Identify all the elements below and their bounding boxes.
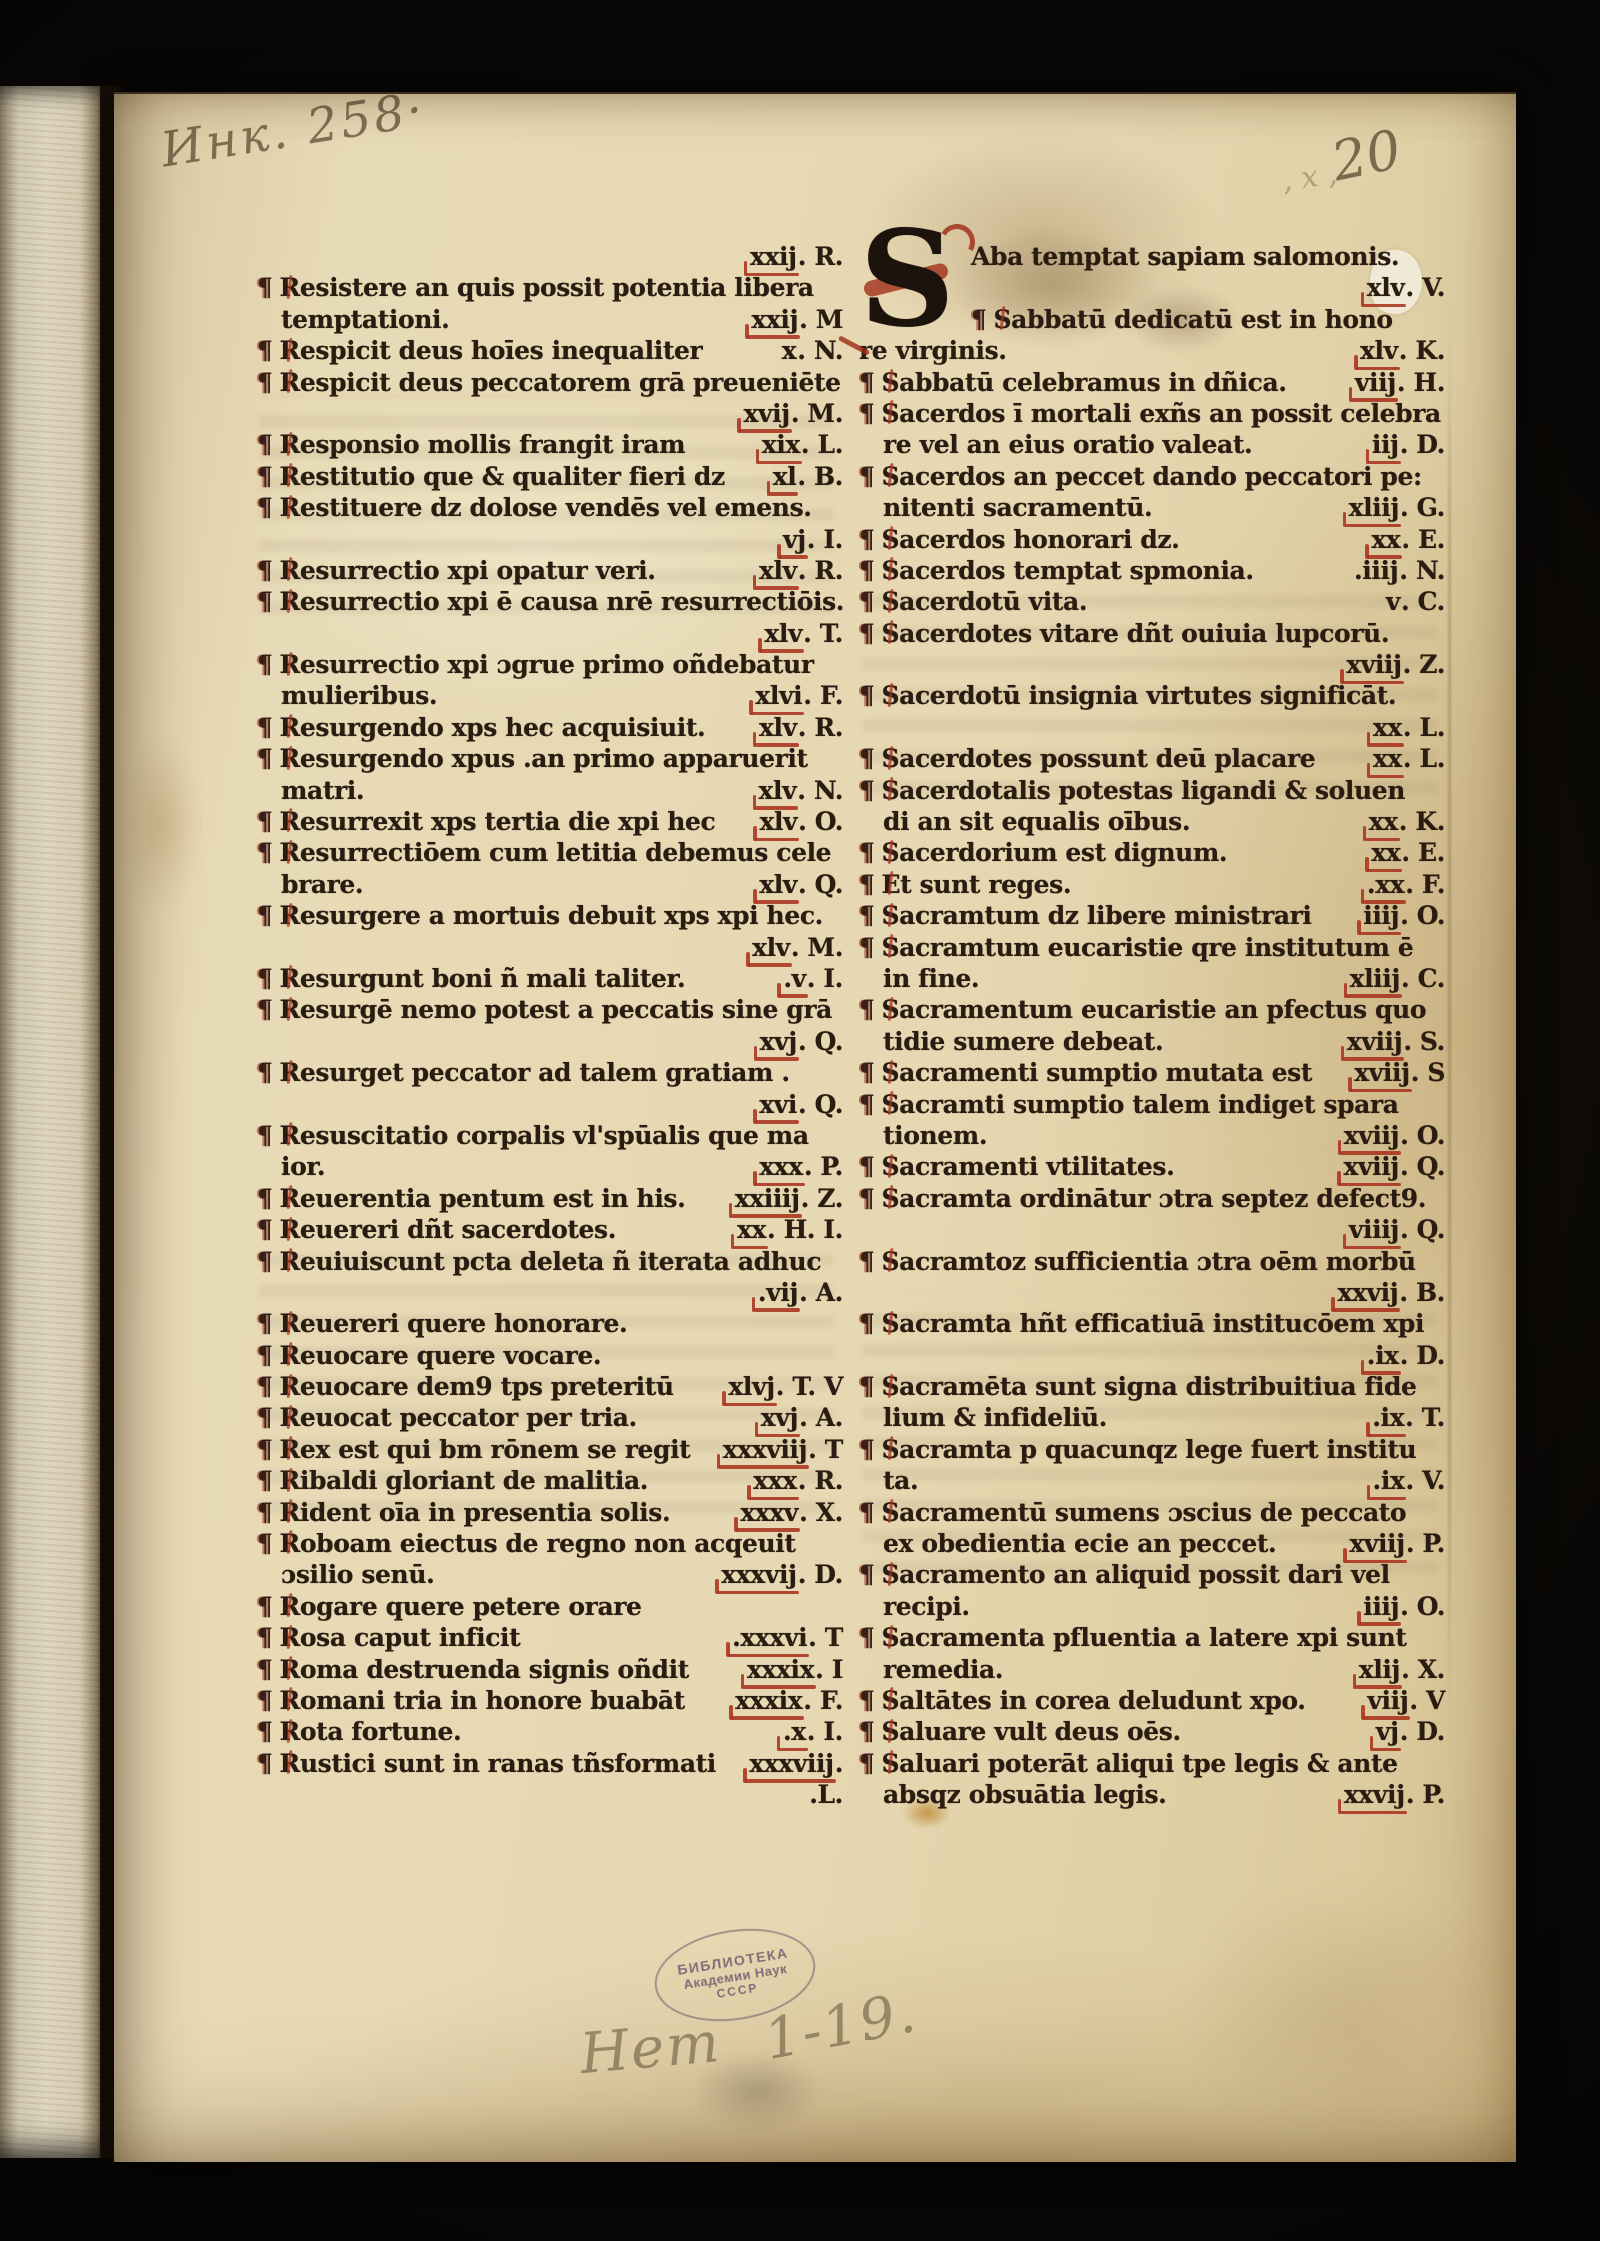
folio-reference: vj. I. [774,525,843,554]
pilcrow-mark: ¶ [859,619,875,648]
folio-reference: xvi. Q. [750,1090,843,1119]
index-column-left: xxij. R.¶Resistere an quis possit potent… [257,242,843,1812]
index-entry-line: ¶Reuiuiscunt pcta deleta ñ iterata adhuc [257,1247,843,1278]
pilcrow-mark: ¶ [859,1090,875,1119]
rubricated-capital: R [280,1686,300,1715]
entry-text: ¶Sacramēta sunt signa distribuitiua fide [859,1372,1417,1401]
pilcrow-mark: ¶ [257,650,273,679]
rubricated-capital: R [280,1184,300,1213]
folio-reference: .x. I. [774,1717,843,1746]
folio-reference: xxij. M [742,305,843,334]
rubricated-capital: S [882,1749,900,1778]
folio-reference: xl. B. [764,462,843,491]
entry-text: ¶Roboam eiectus de regno non acqeuit [257,1529,796,1558]
rubricated-capital: R [280,713,300,742]
folio-reference: .iiij. N. [1345,556,1445,585]
index-entry-line: ¶Reuerentia pentum est in his.xxiiij. Z. [257,1184,843,1215]
folio-reference-line: viiij. Q. [859,1215,1445,1246]
index-entry-line: ¶Sabbatū celebramus in dñica.viij. H. [859,368,1445,399]
index-entry-line: ¶Sacramta hñt efficatiuā institucōem xpi [859,1309,1445,1340]
index-entry-line: in fine.xliij. C. [859,964,1445,995]
entry-text: ¶Sacerdos temptat spmonia. [859,556,1254,585]
entry-text: ¶Sacramti sumptio talem indiget spara [859,1090,1399,1119]
rubricated-capital: S [882,587,900,616]
rubricated-capital: S [882,1309,900,1338]
entry-text: tionem. [883,1121,987,1150]
pilcrow-mark: ¶ [257,493,273,522]
index-entry-line: Aba temptat sapiam salomonis. [971,242,1445,273]
folio-reference: iiij. O. [1354,901,1445,930]
index-entry-line: ¶Sacerdos honorari dz.xx. E. [859,525,1445,556]
entry-text: ¶Reuocat peccator per tria. [257,1403,637,1432]
rubricated-capital: R [280,1655,300,1684]
rubricated-capital: R [280,1247,300,1276]
folio-reference: xlv. R. [750,556,843,585]
pilcrow-mark: ¶ [257,556,273,585]
entry-text: ¶Sacramentum eucaristie an pfectus quo [859,995,1426,1024]
index-entry-line: ¶Resurgere a mortuis debuit xps xpi hec. [257,901,843,932]
entry-text: absqz obsuātia legis. [883,1780,1166,1809]
rubricated-capital: R [280,368,300,397]
folio-reference: xxxv. X. [731,1498,843,1527]
pilcrow-mark: ¶ [859,744,875,773]
entry-text: ¶Reuocare quere vocare. [257,1341,601,1370]
pilcrow-mark: ¶ [257,462,273,491]
index-entry-line: re vel an eius oratio valeat.iij. D. [859,430,1445,461]
index-entry-line: ¶Reuereri quere honorare. [257,1309,843,1340]
rubricated-capital: S [882,1247,900,1276]
rubricated-capital: R [280,1592,300,1621]
pilcrow-mark: ¶ [257,1592,273,1621]
folio-reference: xviij. Z. [1337,650,1445,679]
folio-reference: xx. K. [1360,807,1445,836]
index-entry-line: ¶Sacramento an aliquid possit dari vel [859,1560,1445,1591]
entry-text: ¶Reuocare dem9 tps preteritū [257,1372,674,1401]
folio-reference: xlv. R. [750,713,843,742]
index-entry-line: di an sit equalis oībus.xx. K. [859,807,1445,838]
pilcrow-mark: ¶ [859,399,875,428]
pilcrow-mark: ¶ [257,713,273,742]
entry-text: lium & infideliū. [883,1403,1107,1432]
pilcrow-mark: ¶ [257,1058,273,1087]
index-entry-line: ¶Rota fortune..x. I. [257,1717,843,1748]
rubricated-capital: S [882,1058,900,1087]
folio-reference: viiij. Q. [1340,1215,1445,1244]
folio-reference: xx. E. [1362,838,1445,867]
folio-reference-line: vj. I. [257,525,843,556]
pilcrow-mark: ¶ [859,1372,875,1401]
index-entry-line: ¶Sacerdotū vita.v. C. [859,587,1445,618]
index-entry-line: ¶Respicit deus peccatorem grā preueniēte [257,368,843,399]
index-entry-line: ¶Restituere dz dolose vendēs vel emens. [257,493,843,524]
entry-text: matri. [281,776,364,805]
entry-text: ¶Reuerentia pentum est in his. [257,1184,685,1213]
entry-text: ¶Resurget peccator ad talem gratiam . [257,1058,790,1087]
entry-text: ¶Sacerdotes possunt deū placare [859,744,1315,773]
folio-reference: .ix. V. [1364,1466,1445,1495]
entry-text: brare. [281,870,363,899]
pilcrow-mark: ¶ [257,1215,273,1244]
rubricated-capital: R [280,964,300,993]
index-entry-line: ¶Sacerdorium est dignum.xx. E. [859,838,1445,869]
rubricated-capital: R [280,493,300,522]
index-entry-line: recipi.iiij. O. [859,1592,1445,1623]
entry-text: recipi. [883,1592,970,1621]
folio-reference: xliij. G. [1340,493,1445,522]
rubricated-capital: S [882,933,900,962]
entry-text: ¶Romani tria in honore buabāt [257,1686,685,1715]
index-entry-line: ¶Responsio mollis frangit iramxix. L. [257,430,843,461]
index-entry-line: ¶Rogare quere petere orare [257,1592,843,1623]
index-entry-line: ¶Sacerdos ī mortali exñs an possit celeb… [859,399,1445,430]
rubricated-capital: R [280,901,300,930]
folio-reference: vj. D. [1367,1717,1445,1746]
rubricated-capital: E [882,870,901,899]
folio-reference: v. C. [1377,587,1445,616]
index-entry-line: ¶Rosa caput inficit.xxxvi. T [257,1623,843,1654]
entry-text: ¶Resurgere a mortuis debuit xps xpi hec. [257,901,823,930]
entry-text: ¶Rosa caput inficit [257,1623,520,1652]
pilcrow-mark: ¶ [257,1655,273,1684]
crease-line [1448,294,1451,1774]
folio-reference-line: xvj. Q. [257,1027,843,1058]
index-entry-line: ¶Sacramentum eucaristie an pfectus quo [859,995,1445,1026]
entry-text: ¶Ribaldi gloriant de malitia. [257,1466,648,1495]
entry-text: ¶Saluare vult deus oēs. [859,1717,1181,1746]
rubricated-capital: S [882,681,900,710]
entry-text: ¶Roma destruenda signis oñdit [257,1655,689,1684]
entry-text: ¶Rident oīa in presentia solis. [257,1498,670,1527]
rubricated-capital: R [280,462,300,491]
rubricated-capital: R [280,336,300,365]
pilcrow-mark: ¶ [257,1184,273,1213]
rubricated-capital: S [882,1372,900,1401]
entry-text: ¶Resuscitatio corpalis vl'spūalis que ma [257,1121,809,1150]
index-entry-line: lium & infideliū..ix. T. [859,1403,1445,1434]
folio-reference-line: xlv. M. [257,933,843,964]
index-entry-line: ¶Resurgunt boni ñ mali taliter..v. I. [257,964,843,995]
index-entry-line: ¶Resurgendo xps hec acquisiuit.xlv. R. [257,713,843,744]
folio-reference: xlv. T. [755,619,843,648]
decorated-initial-s: S [853,232,961,338]
folio-reference-line: xvij. M. [257,399,843,430]
rubricated-capital: R [280,1498,300,1527]
pilcrow-mark: ¶ [859,1184,875,1213]
folio-reference: xviij. S [1345,1058,1445,1087]
rubricated-capital: S [882,525,900,554]
index-entry-line: ¶Rustici sunt in ranas tñsformatixxxviij… [257,1749,843,1780]
rubricated-capital: S [882,1435,900,1464]
folio-reference: .xx. F. [1358,870,1445,899]
index-entry-line: ¶Resistere an quis possit potentia liber… [257,273,843,304]
pilcrow-mark: ¶ [257,807,273,836]
folio-reference: xxxviij. T [714,1435,843,1464]
folio-reference: xix. L. [753,430,843,459]
index-entry-line: ¶Resuscitatio corpalis vl'spūalis que ma [257,1121,843,1152]
pilcrow-mark: ¶ [257,744,273,773]
pilcrow-mark: ¶ [859,1623,875,1652]
rubricated-capital: S [882,1686,900,1715]
folio-reference: iiij. O. [1354,1592,1445,1621]
entry-text: tidie sumere debeat. [883,1027,1163,1056]
rubricated-capital: S [882,1623,900,1652]
facing-leaf-edge [0,86,102,2158]
pilcrow-mark: ¶ [859,1686,875,1715]
pilcrow-mark: ¶ [859,368,875,397]
index-entry-line: ¶Sacerdotes vitare dñt ouiuia lupcorū. [859,619,1445,650]
entry-text: mulieribus. [281,681,437,710]
index-entry-line: ¶Reuereri dñt sacerdotes.xx. H. I. [257,1215,843,1246]
pilcrow-mark: ¶ [257,1686,273,1715]
entry-text: ¶Respicit deus peccatorem grā preueniēte [257,368,841,397]
entry-text: ior. [281,1152,325,1181]
folio-reference: xx. L. [1364,713,1445,742]
entry-text: ta. [883,1466,918,1495]
folio-reference: xxvij. B. [1328,1278,1445,1307]
entry-text: ¶Rex est qui bm rōnem se regit [257,1435,690,1464]
rubricated-capital: S [882,1152,900,1181]
pilcrow-mark: ¶ [257,1529,273,1558]
rubricated-capital: S [882,619,900,648]
entry-text: di an sit equalis oībus. [883,807,1190,836]
rubricated-capital: R [280,1403,300,1432]
folio-reference-line: xxvij. B. [859,1278,1445,1309]
folio-reference: xvj. Q. [751,1027,843,1056]
index-entry-line: tionem.xviij. O. [859,1121,1445,1152]
entry-text: ¶Sacerdos an peccet dando peccatori pe: [859,462,1422,491]
entry-text: ¶Sabbatū dedicatū est in hono [971,305,1393,334]
pilcrow-mark: ¶ [257,1341,273,1370]
folio-reference: .xxxvi. T [723,1623,843,1652]
index-entry-line: ¶Sacerdotes possunt deū placarexx. L. [859,744,1445,775]
pilcrow-mark: ¶ [859,1498,875,1527]
entry-text: ¶Reuereri dñt sacerdotes. [257,1215,616,1244]
index-entry-line: ior.xxx. P. [257,1152,843,1183]
rubricated-capital: S [882,462,900,491]
index-entry-line: ¶Resurgendo xpus .an primo apparuerit [257,744,843,775]
pilcrow-mark: ¶ [859,587,875,616]
pilcrow-mark: ¶ [859,933,875,962]
index-entry-line: ¶Sacramtum eucaristie qre institutum ē [859,933,1445,964]
index-entry-line: ¶Sacramtoz sufficientia ɔtra oēm morbū [859,1247,1445,1278]
pilcrow-mark: ¶ [257,430,273,459]
entry-text: ¶Sacerdos ī mortali exñs an possit celeb… [859,399,1441,428]
photographed-book-page: Инк. 258· , x , 20 xxij. R.¶Resistere an… [0,0,1600,2241]
pilcrow-mark: ¶ [257,964,273,993]
entry-text: ¶Sacerdotes vitare dñt ouiuia lupcorū. [859,619,1389,648]
entry-text: ¶Sacerdotalis potestas ligandi & soluen [859,776,1405,805]
pilcrow-mark: ¶ [257,1749,273,1778]
entry-text: ¶Responsio mollis frangit iram [257,430,685,459]
index-entry-line: brare.xlv. Q. [257,870,843,901]
pilcrow-mark: ¶ [257,336,273,365]
pilcrow-mark: ¶ [257,1623,273,1652]
pencil-page-number: 20 [1326,118,1406,194]
index-entry-line: ¶Sacramta ordinātur ɔtra septez defect9. [859,1184,1445,1215]
rubricated-capital: R [280,1749,300,1778]
index-entry-line: ¶Sacramenti sumptio mutata estxviij. S [859,1058,1445,1089]
folio-reference: xxij. R. [741,242,843,271]
entry-text: ¶Sacramenti vtilitates. [859,1152,1174,1181]
entry-text: ¶Rogare quere petere orare [257,1592,642,1621]
index-entry-line: ¶Resurget peccator ad talem gratiam . [257,1058,843,1089]
folio-reference-line: xvi. Q. [257,1090,843,1121]
index-entry-line: ¶Roma destruenda signis oñditxxxix. I [257,1655,843,1686]
folio-reference: viij. H. [1346,368,1445,397]
folio-reference: xlvj. T. V [719,1372,843,1401]
pilcrow-mark: ¶ [859,1309,875,1338]
folio-reference: xx. L. [1364,744,1445,773]
entry-text: ¶Sacramentū sumens ɔscius de peccato [859,1498,1406,1527]
pilcrow-mark: ¶ [257,587,273,616]
pilcrow-mark: ¶ [859,1435,875,1464]
entry-text: ɔsilio senū. [281,1560,434,1589]
pilcrow-mark: ¶ [859,1717,875,1746]
folio-reference: iij. D. [1363,430,1445,459]
rubricated-capital: R [280,430,300,459]
folio-reference: xx. E. [1362,525,1445,554]
entry-text: ¶Resurgunt boni ñ mali taliter. [257,964,685,993]
entry-text: ¶Resurgendo xpus .an primo apparuerit [257,744,808,773]
rubricated-capital: S [882,399,900,428]
rubricated-capital: R [280,1466,300,1495]
pilcrow-mark: ¶ [859,681,875,710]
entry-text: Aba temptat sapiam salomonis. [971,242,1399,271]
stain [120,734,200,914]
folio-reference: xxx. R. [744,1466,843,1495]
folio-reference: xxiiij. Z. [726,1184,843,1213]
folio-reference: xxx. P. [750,1152,843,1181]
pilcrow-mark: ¶ [859,776,875,805]
index-entry-line: ɔsilio senū.xxxvij. D. [257,1560,843,1591]
rubricated-capital: R [280,1435,300,1464]
rubricated-capital: S [882,1560,900,1589]
index-entry-line: ¶Roboam eiectus de regno non acqeuit [257,1529,843,1560]
pilcrow-mark: ¶ [859,556,875,585]
pilcrow-mark: ¶ [859,525,875,554]
entry-text: nitenti sacramentū. [883,493,1152,522]
entry-text: in fine. [883,964,979,993]
rubricated-capital: S [882,901,900,930]
index-entry-line: nitenti sacramentū.xliij. G. [859,493,1445,524]
folio-reference: xlvi. F. [746,681,843,710]
entry-text: ¶Restitutio que & qualiter fieri dz [257,462,725,491]
folio-reference-line: .ix. D. [859,1341,1445,1372]
pilcrow-mark: ¶ [257,1466,273,1495]
entry-text: ¶Resurrectio xpi opatur veri. [257,556,656,585]
index-entry-line: tidie sumere debeat.xviij. S. [859,1027,1445,1058]
folio-reference: .ix. D. [1358,1341,1445,1370]
rubricated-capital: R [280,1372,300,1401]
folio-reference: xviij. P. [1340,1529,1445,1558]
entry-text: ¶Sacramento an aliquid possit dari vel [859,1560,1390,1589]
entry-text: ¶Resurrectio xpi ɔgrue primo oñdebatur [257,650,814,679]
index-entry-line: ¶Respicit deus hoīes inequaliterx. N. [257,336,843,367]
entry-text: ¶Resurrectio xpi ē causa nrē resurrectiō… [257,587,844,616]
rubricated-capital: R [280,807,300,836]
entry-text: ¶Sacramenta pfluentia a latere xpi sunt [859,1623,1406,1652]
entry-text: ¶Sacramta hñt efficatiuā institucōem xpi [859,1309,1424,1338]
folio-reference: xviij. S. [1338,1027,1445,1056]
pilcrow-mark: ¶ [257,1309,273,1338]
rubricated-capital: S [882,1184,900,1213]
entry-text: ¶Resurrectiōem cum letitia debemus cele [257,838,831,867]
entry-text: ¶Sacramtoz sufficientia ɔtra oēm morbū [859,1247,1416,1276]
folio-reference: .vij. A. [749,1278,843,1307]
entry-text: ¶Saltātes in corea deludunt xpo. [859,1686,1306,1715]
pilcrow-mark: ¶ [257,1717,273,1746]
index-entry-line: ¶Et sunt reges..xx. F. [859,870,1445,901]
pilcrow-mark: ¶ [257,995,273,1024]
folio-reference: xlv. N. [750,776,844,805]
index-entry-line: ¶Ribaldi gloriant de malitia.xxx. R. [257,1466,843,1497]
index-entry-line: ¶Sacramta p quacunqz lege fuert institu [859,1435,1445,1466]
index-entry-line: ¶Resurrectiōem cum letitia debemus cele [257,838,843,869]
rubricated-capital: R [280,587,300,616]
index-entry-line: mulieribus.xlvi. F. [257,681,843,712]
index-entry-line: ¶Saluare vult deus oēs.vj. D. [859,1717,1445,1748]
pilcrow-mark: ¶ [859,870,875,899]
index-entry-line: ¶Resurrectio xpi ɔgrue primo oñdebatur [257,650,843,681]
folio-reference-line: xxij. R. [257,242,843,273]
rubricated-capital: R [280,556,300,585]
folio-reference: xviij. Q. [1334,1152,1445,1181]
folio-reference: xviij. O. [1335,1121,1445,1150]
entry-text: ¶Sacramta p quacunqz lege fuert institu [859,1435,1416,1464]
pilcrow-mark: ¶ [859,1247,875,1276]
rubricated-capital: S [882,995,900,1024]
folio-reference: xlv. O. [750,807,843,836]
folio-reference-line: xviij. Z. [859,650,1445,681]
folio-reference: xlv. K. [1351,336,1445,365]
rubricated-capital: S [882,368,900,397]
folio-reference: x. N. [773,336,843,365]
rubricated-capital: S [994,305,1012,334]
folio-reference: xvij. M. [734,399,843,428]
pilcrow-mark: ¶ [859,901,875,930]
index-entry-line: ¶Resurrexit xps tertia die xpi hecxlv. O… [257,807,843,838]
pilcrow-mark: ¶ [859,1058,875,1087]
index-entry-line: absqz obsuātia legis.xxvij. P. [859,1780,1445,1811]
index-entry-line: ¶Resurrectio xpi opatur veri.xlv. R. [257,556,843,587]
entry-text: ¶Sacerdorium est dignum. [859,838,1227,867]
index-entry-line: temptationi.xxij. M [257,305,843,336]
pilcrow-mark: ¶ [257,1121,273,1150]
rubricated-capital: S [882,1498,900,1527]
folio-reference: xlv. V. [1358,273,1445,302]
folio-reference: viij. V [1358,1686,1445,1715]
index-entry-line: ¶Sacramtum dz libere ministrariiiij. O. [859,901,1445,932]
entry-text: ¶Reuereri quere honorare. [257,1309,627,1338]
rubricated-capital: R [280,1623,300,1652]
pencil-faint-mark: , x , [1280,156,1339,198]
entry-text: re vel an eius oratio valeat. [883,430,1252,459]
folio-reference-line: .vij. A. [257,1278,843,1309]
entry-text: remedia. [883,1655,1003,1684]
folio-reference-line: xx. L. [859,713,1445,744]
folio-reference: xxxix. I [738,1655,843,1684]
index-entry-line: ta..ix. V. [859,1466,1445,1497]
rubricated-capital: R [280,1058,300,1087]
index-entry-line: ¶Sacramentū sumens ɔscius de peccato [859,1498,1445,1529]
rubricated-capital: R [280,650,300,679]
rubricated-capital: R [280,1121,300,1150]
rubricated-capital: R [280,1309,300,1338]
rubricated-capital: R [280,1529,300,1558]
pilcrow-mark: ¶ [257,1372,273,1401]
rubricated-capital: R [280,1341,300,1370]
entry-text: ¶Sacramtum dz libere ministrari [859,901,1312,930]
